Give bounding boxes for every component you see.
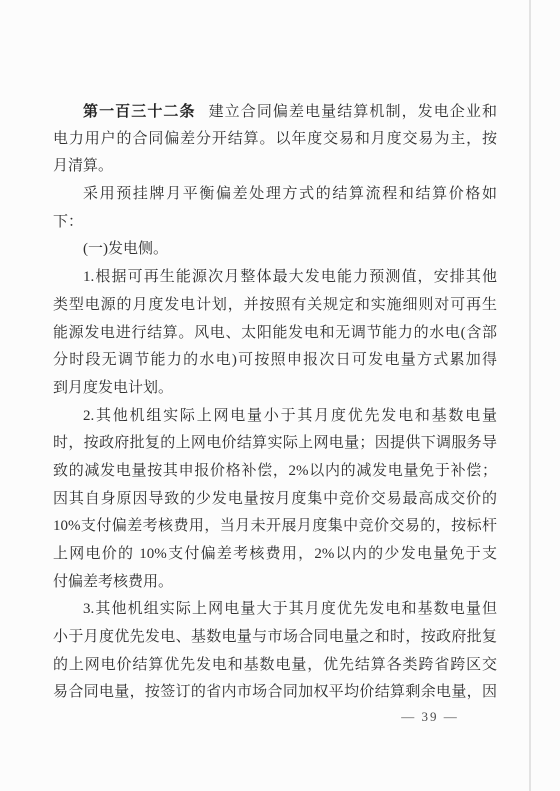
line-text: 时，按政府批复的上网电价结算实际上网电量；因提供下调服务导 [53, 435, 497, 451]
line-text: (一)发电侧。 [83, 241, 168, 257]
line-text: 建立合同偏差电量结算机制，发电企业和 [209, 104, 497, 120]
line-text: 下： [53, 214, 83, 230]
line-text: 上网电价的 10%支付偏差考核费用，2%以内的少发电量免于支 [53, 546, 497, 562]
document-page: 第一百三十二条建立合同偏差电量结算机制，发电企业和 电力用户的合同偏差分开结算。… [0, 0, 560, 791]
line-text: 电力用户的合同偏差分开结算。以年度交易和月度交易为主，按 [53, 131, 497, 147]
document-line: 2.其他机组实际上网电量小于其月度优先发电和基数电量 [53, 403, 497, 431]
article-text-block: 第一百三十二条建立合同偏差电量结算机制，发电企业和 电力用户的合同偏差分开结算。… [53, 98, 497, 707]
line-text: 月清算。 [53, 158, 113, 174]
document-line: 小于月度优先发电、基数电量与市场合同电量之和时，按政府批复 [53, 624, 497, 652]
document-line: 10%支付偏差考核费用，当月未开展月度集中竞价交易的，按标杆 [53, 513, 497, 541]
line-text: 付偏差考核费用。 [53, 574, 173, 590]
line-text: 1.根据可再生能源次月整体最大发电能力预测值，安排其他 [83, 269, 497, 285]
document-line: 类型电源的月度发电计划，并按照有关规定和实施细则对可再生 [53, 292, 497, 320]
document-line: 到月度发电计划。 [53, 375, 497, 403]
document-line: 1.根据可再生能源次月整体最大发电能力预测值，安排其他 [53, 264, 497, 292]
line-text: 类型电源的月度发电计划，并按照有关规定和实施细则对可再生 [53, 297, 497, 313]
line-text: 因其自身原因导致的少发电量按月度集中竞价交易最高成交价的 [53, 491, 497, 507]
document-line: 分时段无调节能力的水电)可按照申报次日可发电量方式累加得 [53, 347, 497, 375]
line-text: 的上网电价结算优先发电和基数电量，优先结算各类跨省跨区交 [53, 657, 497, 673]
line-text: 10%支付偏差考核费用，当月未开展月度集中竞价交易的，按标杆 [53, 518, 497, 534]
document-line: 3.其他机组实际上网电量大于其月度优先发电和基数电量但 [53, 596, 497, 624]
document-line: 时，按政府批复的上网电价结算实际上网电量；因提供下调服务导 [53, 430, 497, 458]
scan-edge-line [529, 0, 531, 791]
line-text: 3.其他机组实际上网电量大于其月度优先发电和基数电量但 [83, 601, 497, 617]
document-line: 付偏差考核费用。 [53, 569, 497, 597]
document-line: 电力用户的合同偏差分开结算。以年度交易和月度交易为主，按 [53, 126, 497, 154]
document-line: 因其自身原因导致的少发电量按月度集中竞价交易最高成交价的 [53, 486, 497, 514]
document-line: 致的减发电量按其申报价格补偿，2%以内的减发电量免于补偿； [53, 458, 497, 486]
line-text: 到月度发电计划。 [53, 380, 173, 396]
document-line: 上网电价的 10%支付偏差考核费用，2%以内的少发电量免于支 [53, 541, 497, 569]
document-line: 月清算。 [53, 153, 497, 181]
line-text: 易合同电量，按签订的省内市场合同加权平均价结算剩余电量，因 [53, 684, 497, 700]
article-number-heading: 第一百三十二条 [83, 103, 196, 120]
document-line: (一)发电侧。 [53, 236, 497, 264]
document-line: 的上网电价结算优先发电和基数电量，优先结算各类跨省跨区交 [53, 652, 497, 680]
page-number: — 39 — [390, 707, 470, 727]
document-line: 采用预挂牌月平衡偏差处理方式的结算流程和结算价格如 [53, 181, 497, 209]
line-text: 致的减发电量按其申报价格补偿，2%以内的减发电量免于补偿； [53, 463, 497, 479]
line-text: 分时段无调节能力的水电)可按照申报次日可发电量方式累加得 [53, 352, 497, 368]
line-text: 2.其他机组实际上网电量小于其月度优先发电和基数电量 [83, 408, 497, 424]
document-line: 能源发电进行结算。风电、太阳能发电和无调节能力的水电(含部 [53, 320, 497, 348]
document-line: 第一百三十二条建立合同偏差电量结算机制，发电企业和 [53, 98, 497, 126]
line-text: 采用预挂牌月平衡偏差处理方式的结算流程和结算价格如 [83, 186, 497, 202]
document-line: 易合同电量，按签订的省内市场合同加权平均价结算剩余电量，因 [53, 679, 497, 707]
line-text: 小于月度优先发电、基数电量与市场合同电量之和时，按政府批复 [53, 629, 497, 645]
document-line: 下： [53, 209, 497, 237]
line-text: 能源发电进行结算。风电、太阳能发电和无调节能力的水电(含部 [53, 325, 497, 341]
